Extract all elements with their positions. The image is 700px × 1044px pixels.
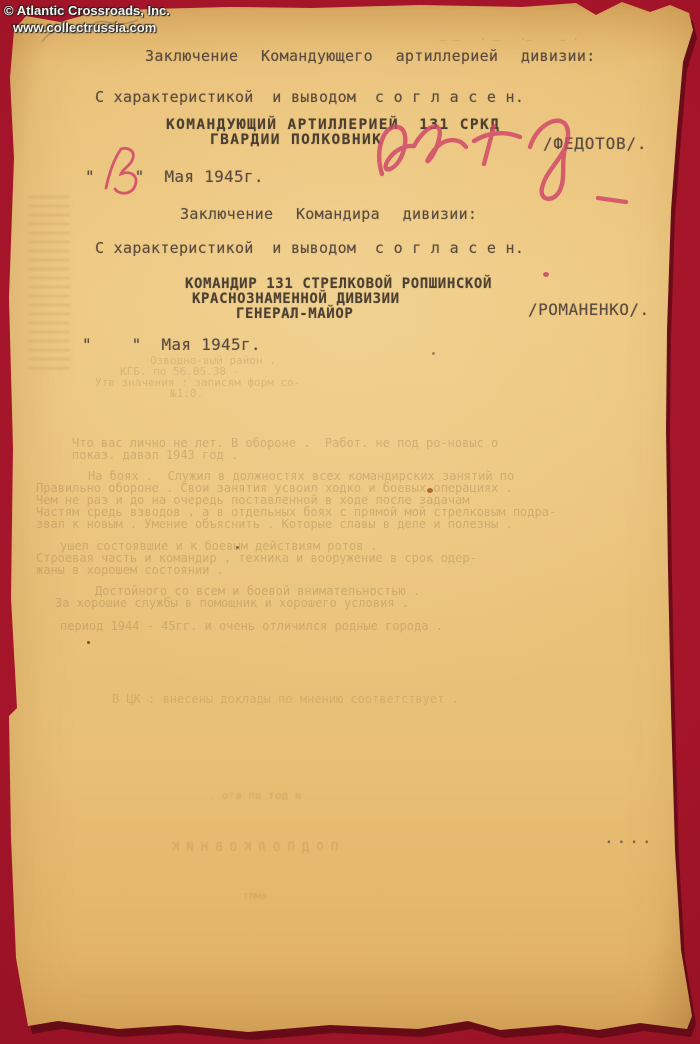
division-commander-title-line3: ГЕНЕРАЛ-МАЙОР [236, 306, 353, 322]
bleed-through-line: За хорошие службы в помощник и хорошего … [55, 596, 409, 610]
artillery-conclusion-heading: Заключение Командующего артиллерией диви… [145, 47, 596, 65]
paper-speck [236, 546, 239, 549]
paper-stain [427, 488, 433, 493]
bleed-through-stamp-line: вмпт [150, 889, 360, 904]
bleed-through-stamp-line: и дот ап вто . [150, 788, 360, 805]
division-date-line: " " Мая 1945г. [82, 335, 261, 354]
bleed-through-stamp: и дот ап вто . П О Д П О Л К О В Н И К в… [150, 755, 360, 937]
bleed-through-line: показ. давал 1943 год . [72, 448, 238, 462]
watermark-line2: www.collectrussia.com [4, 20, 170, 37]
bleed-through-smudge-column [28, 196, 70, 376]
bleed-through-line: звал к новым . Умение объяснить . Которы… [36, 517, 513, 531]
bleed-through-line: период 1944 - 45гг. и очень отличился ро… [60, 619, 443, 633]
artillery-commander-title-line2: ГВАРДИИ ПОЛКОВНИК [210, 132, 382, 148]
bleed-through-line: В ЦК : внесены доклады по мнению соответ… [112, 692, 459, 706]
division-agreement-line: С характеристикой и выводом с о г л а с … [95, 239, 524, 257]
bleed-through-line: №1:0. [170, 387, 203, 400]
red-ink-fleck [543, 272, 549, 277]
division-commander-title-line2: КРАСНОЗНАМЕННОЙ ДИВИЗИИ [192, 291, 400, 307]
document-page: – – · – ·— – · Заключение Командующего а… [0, 0, 700, 1044]
watermark: © Atlantic Crossroads, Inc. www.collectr… [4, 3, 170, 37]
watermark-line1: © Atlantic Crossroads, Inc. [4, 3, 170, 20]
fedotov-signature-ink [368, 106, 658, 216]
paper-speck [432, 352, 435, 355]
bleed-through-stamp-line: П О Д П О Л К О В Н И К [150, 838, 360, 856]
paper-speck [87, 641, 90, 644]
romanenko-name: /РОМАНЕНКО/. [528, 300, 650, 319]
bleed-through-line: жаны в хорошем состоянии . [36, 563, 224, 577]
trailing-dots: .... [604, 828, 655, 847]
division-commander-title-line1: КОМАНДИР 131 СТРЕЛКОВОЙ РОПШИНСКОЙ [185, 276, 492, 292]
artillery-agreement-line: С характеристикой и выводом с о г л а с … [95, 88, 524, 106]
division-conclusion-heading: Заключение Командира дивизии: [180, 205, 477, 223]
photo-backdrop: – – · – ·— – · Заключение Командующего а… [0, 0, 700, 1044]
bleed-through-dashes: – – · – ·— – · [440, 33, 579, 46]
handwritten-day-15 [94, 146, 146, 194]
